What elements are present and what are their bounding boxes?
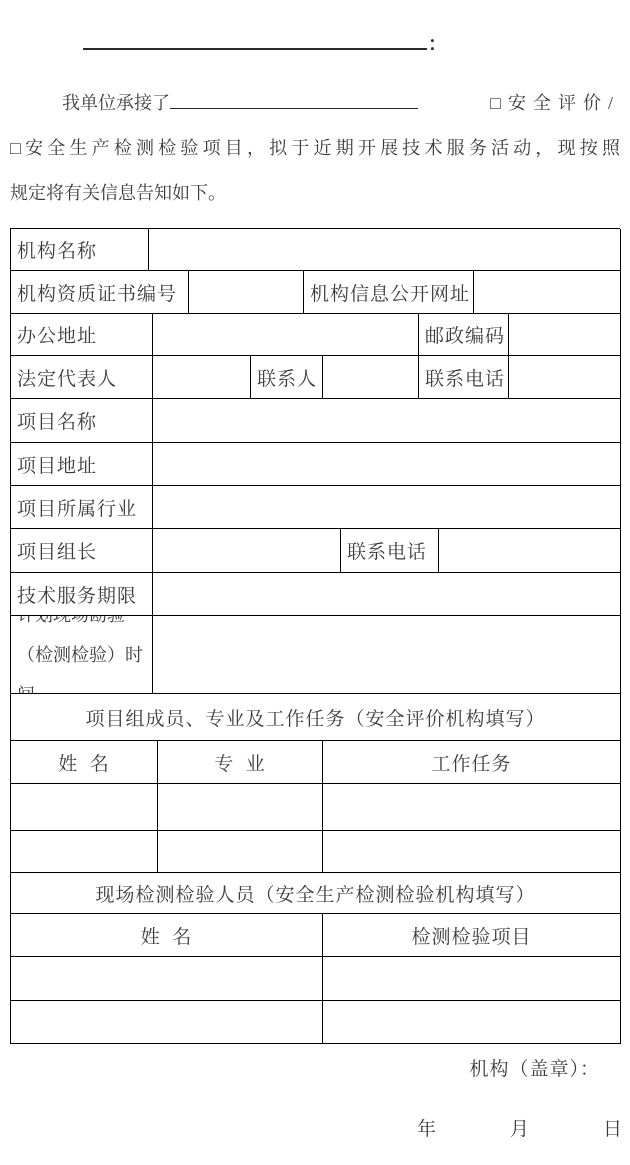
table-row: 法定代表人联系人联系电话: [11, 356, 620, 399]
member-task-input-2[interactable]: [323, 831, 621, 873]
cert-number-input[interactable]: [189, 271, 304, 314]
info-table: 机构名称机构资质证书编号机构信息公开网址办公地址邮政编码法定代表人联系人联系电话…: [10, 228, 620, 1044]
member-task-input-1[interactable]: [323, 784, 621, 831]
leader-phone-input[interactable]: [439, 529, 621, 573]
member-name-input-1[interactable]: [11, 784, 158, 831]
table-row: 机构名称: [11, 229, 620, 271]
table-row: 项目地址: [11, 443, 620, 486]
date-month-label: 月: [510, 1117, 529, 1143]
inspector-section-header: 现场检测检验人员（安全生产检测检验机构填写）: [11, 873, 621, 914]
stamp-label: 机构（盖章）：: [0, 1057, 630, 1083]
inspection-items-input-2[interactable]: [323, 1001, 621, 1044]
project-address-input[interactable]: [153, 443, 621, 486]
table-row: 计划现场勘验（检测检验）时间: [11, 616, 620, 694]
legal-representative-input[interactable]: [153, 356, 251, 399]
project-name-label: 项目名称: [11, 399, 153, 443]
table-row: 技术服务期限: [11, 573, 620, 616]
table-row: 项目所属行业: [11, 486, 620, 529]
contact-person-input[interactable]: [323, 356, 419, 399]
table-row: 项目组长联系电话: [11, 529, 620, 573]
table-row: 机构资质证书编号机构信息公开网址: [11, 271, 620, 314]
postal-code-input[interactable]: [509, 314, 621, 356]
project-industry-label: 项目所属行业: [11, 486, 153, 529]
table-row: [11, 831, 620, 873]
contact-person-label: 联系人: [251, 356, 323, 399]
paragraph-line-1: 我单位承接了□安全评价/: [10, 81, 620, 126]
org-name-label: 机构名称: [11, 229, 149, 271]
salutation-colon: ：: [428, 29, 447, 56]
table-row: 办公地址邮政编码: [11, 314, 620, 356]
org-name-input[interactable]: [149, 229, 621, 271]
inspection-checkbox[interactable]: □: [10, 138, 25, 158]
paragraph-line-2: □安全生产检测检验项目，拟于近期开展技术服务活动，现按照: [10, 126, 620, 171]
team-section-header: 项目组成员、专业及工作任务（安全评价机构填写）: [11, 694, 621, 741]
document-page: ： 我单位承接了□安全评价/ □安全生产检测检验项目，拟于近期开展技术服务活动，…: [0, 0, 630, 1165]
member-task-header: 工作任务: [323, 741, 621, 784]
project-industry-input[interactable]: [153, 486, 621, 529]
cert-number-label: 机构资质证书编号: [11, 271, 189, 314]
member-name-header: 姓 名: [11, 741, 158, 784]
table-row: 姓 名专 业工作任务: [11, 741, 620, 784]
site-survey-time-label: 计划现场勘验（检测检验）时间: [11, 616, 153, 694]
undertaken-project-blank[interactable]: [170, 88, 418, 109]
postal-code-label: 邮政编码: [419, 314, 509, 356]
safety-evaluation-checkbox[interactable]: □: [490, 93, 508, 113]
line1-prefix: 我单位承接了: [62, 81, 170, 126]
office-address-label: 办公地址: [11, 314, 153, 356]
project-leader-input[interactable]: [153, 529, 341, 573]
member-major-header: 专 业: [158, 741, 323, 784]
paragraph-line-3: 规定将有关信息告知如下。: [10, 171, 620, 216]
date-year-label: 年: [417, 1117, 436, 1143]
inspector-name-header: 姓 名: [11, 914, 323, 957]
contact-phone-label: 联系电话: [419, 356, 509, 399]
date-line: 年 月 日: [417, 1117, 622, 1143]
contact-phone-input[interactable]: [509, 356, 621, 399]
office-address-input[interactable]: [153, 314, 419, 356]
public-info-url-label: 机构信息公开网址: [304, 271, 474, 314]
salutation-line: ：: [83, 28, 630, 50]
intro-paragraph: 我单位承接了□安全评价/ □安全生产检测检验项目，拟于近期开展技术服务活动，现按…: [10, 81, 620, 216]
table-row: 姓 名检测检验项目: [11, 914, 620, 957]
leader-phone-label: 联系电话: [341, 529, 439, 573]
table-row: 项目组成员、专业及工作任务（安全评价机构填写）: [11, 694, 620, 741]
member-major-input-2[interactable]: [158, 831, 323, 873]
inspector-name-input-1[interactable]: [11, 957, 323, 1001]
safety-evaluation-label: 安全评价/: [508, 93, 620, 113]
project-name-input[interactable]: [153, 399, 621, 443]
table-row: [11, 784, 620, 831]
site-survey-time-input[interactable]: [153, 616, 621, 694]
service-period-label: 技术服务期限: [11, 573, 153, 616]
table-row: 现场检测检验人员（安全生产检测检验机构填写）: [11, 873, 620, 914]
member-name-input-2[interactable]: [11, 831, 158, 873]
recipient-blank[interactable]: [83, 28, 427, 50]
public-info-url-input[interactable]: [474, 271, 621, 314]
option-safety-evaluation: □安全评价/: [490, 81, 620, 126]
service-period-input[interactable]: [153, 573, 621, 616]
legal-representative-label: 法定代表人: [11, 356, 153, 399]
line2-text: 安全生产检测检验项目，拟于近期开展技术服务活动，现按照: [25, 138, 620, 158]
inspector-name-input-2[interactable]: [11, 1001, 323, 1044]
table-row: [11, 1001, 620, 1044]
table-row: 项目名称: [11, 399, 620, 443]
member-major-input-1[interactable]: [158, 784, 323, 831]
inspection-items-input-1[interactable]: [323, 957, 621, 1001]
project-leader-label: 项目组长: [11, 529, 153, 573]
inspection-items-header: 检测检验项目: [323, 914, 621, 957]
project-address-label: 项目地址: [11, 443, 153, 486]
table-row: [11, 957, 620, 1001]
date-day-label: 日: [603, 1117, 622, 1143]
